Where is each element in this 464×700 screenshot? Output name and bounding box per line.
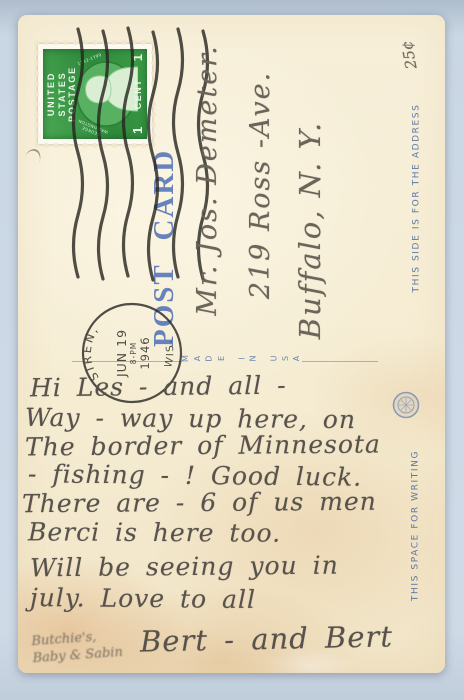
message-line: Berci is here too. xyxy=(28,517,281,547)
message-line: There are - 6 of us men xyxy=(22,487,377,518)
message-line: Hi Les - and all - xyxy=(30,371,287,403)
address-line-1: Mr. Jos. Demeter. xyxy=(192,25,226,335)
svg-text:8-PM: 8-PM xyxy=(129,342,138,364)
message-line: Will be seeing you in xyxy=(30,551,339,583)
svg-text:1946: 1946 xyxy=(138,336,152,369)
message-line: The border of Minnesota xyxy=(25,429,381,461)
pencil-tick-mark xyxy=(24,146,43,163)
message-line: july. Love to all xyxy=(30,583,256,614)
svg-text:WIS.: WIS. xyxy=(163,337,177,369)
writing-side-note: THIS SPACE FOR WRITING xyxy=(411,446,424,606)
postcard: MADE IN USA POST CARD THIS SIDE IS FOR T… xyxy=(18,15,445,673)
svg-text:JUN 19: JUN 19 xyxy=(114,329,129,378)
postcard-photo-background: MADE IN USA POST CARD THIS SIDE IS FOR T… xyxy=(0,0,464,700)
stamp-country-line: UNITED xyxy=(46,49,57,139)
address-line-2: 219 Ross -Ave. xyxy=(245,20,279,350)
price-pencil-note: 25¢ xyxy=(397,30,443,76)
address-line-3: Buffalo, N. Y. xyxy=(293,70,327,390)
embossed-seal-icon xyxy=(392,391,420,419)
faint-pencil-note: Butchie's, Baby & Sabin xyxy=(31,627,123,667)
signature-line: Bert - and Bert xyxy=(140,619,394,658)
made-in-usa-note: MADE IN USA xyxy=(182,354,300,363)
address-side-note: THIS SIDE IS FOR THE ADDRESS xyxy=(412,129,425,293)
